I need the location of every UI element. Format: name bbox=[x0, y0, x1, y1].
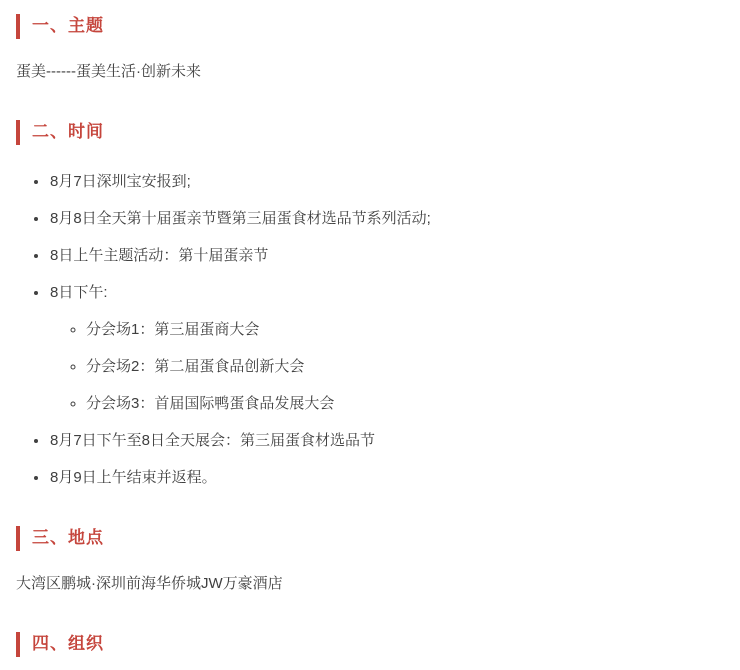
section-heading-organization: 四、组织 bbox=[16, 632, 724, 657]
schedule-item: 8日下午: 分会场1：第三届蛋商大会 分会场2：第二届蛋食品创新大会 分会场3：… bbox=[49, 282, 724, 414]
schedule-list: 8月7日深圳宝安报到; 8月8日全天第十届蛋亲节暨第三届蛋食材选品节系列活动; … bbox=[16, 171, 724, 488]
schedule-item: 8月9日上午结束并返程。 bbox=[49, 467, 724, 488]
section-location: 三、地点 大湾区鹏城·深圳前海华侨城JW万豪酒店 bbox=[16, 526, 724, 594]
article-content: 一、主题 蛋美------蛋美生活·创新未来 二、时间 8月7日深圳宝安报到; … bbox=[0, 0, 740, 670]
section-time: 二、时间 8月7日深圳宝安报到; 8月8日全天第十届蛋亲节暨第三届蛋食材选品节系… bbox=[16, 120, 724, 488]
schedule-item: 8月7日下午至8日全天展会：第三届蛋食材选品节 bbox=[49, 430, 724, 451]
schedule-item: 8日上午主题活动：第十届蛋亲节 bbox=[49, 245, 724, 266]
schedule-item: 8月7日深圳宝安报到; bbox=[49, 171, 724, 192]
section-theme: 一、主题 蛋美------蛋美生活·创新未来 bbox=[16, 14, 724, 82]
section-heading-time: 二、时间 bbox=[16, 120, 724, 145]
sub-session-list: 分会场1：第三届蛋商大会 分会场2：第二届蛋食品创新大会 分会场3：首届国际鸭蛋… bbox=[50, 319, 724, 414]
theme-body-text: 蛋美------蛋美生活·创新未来 bbox=[16, 61, 724, 82]
section-heading-theme: 一、主题 bbox=[16, 14, 724, 39]
sub-session-item: 分会场2：第二届蛋食品创新大会 bbox=[86, 356, 724, 377]
sub-session-item: 分会场1：第三届蛋商大会 bbox=[86, 319, 724, 340]
schedule-item: 8月8日全天第十届蛋亲节暨第三届蛋食材选品节系列活动; bbox=[49, 208, 724, 229]
section-organization: 四、组织 bbox=[16, 632, 724, 657]
location-body-text: 大湾区鹏城·深圳前海华侨城JW万豪酒店 bbox=[16, 573, 724, 594]
sub-session-item: 分会场3：首届国际鸭蛋食品发展大会 bbox=[86, 393, 724, 414]
section-heading-location: 三、地点 bbox=[16, 526, 724, 551]
schedule-item-label: 8日下午: bbox=[50, 284, 108, 301]
